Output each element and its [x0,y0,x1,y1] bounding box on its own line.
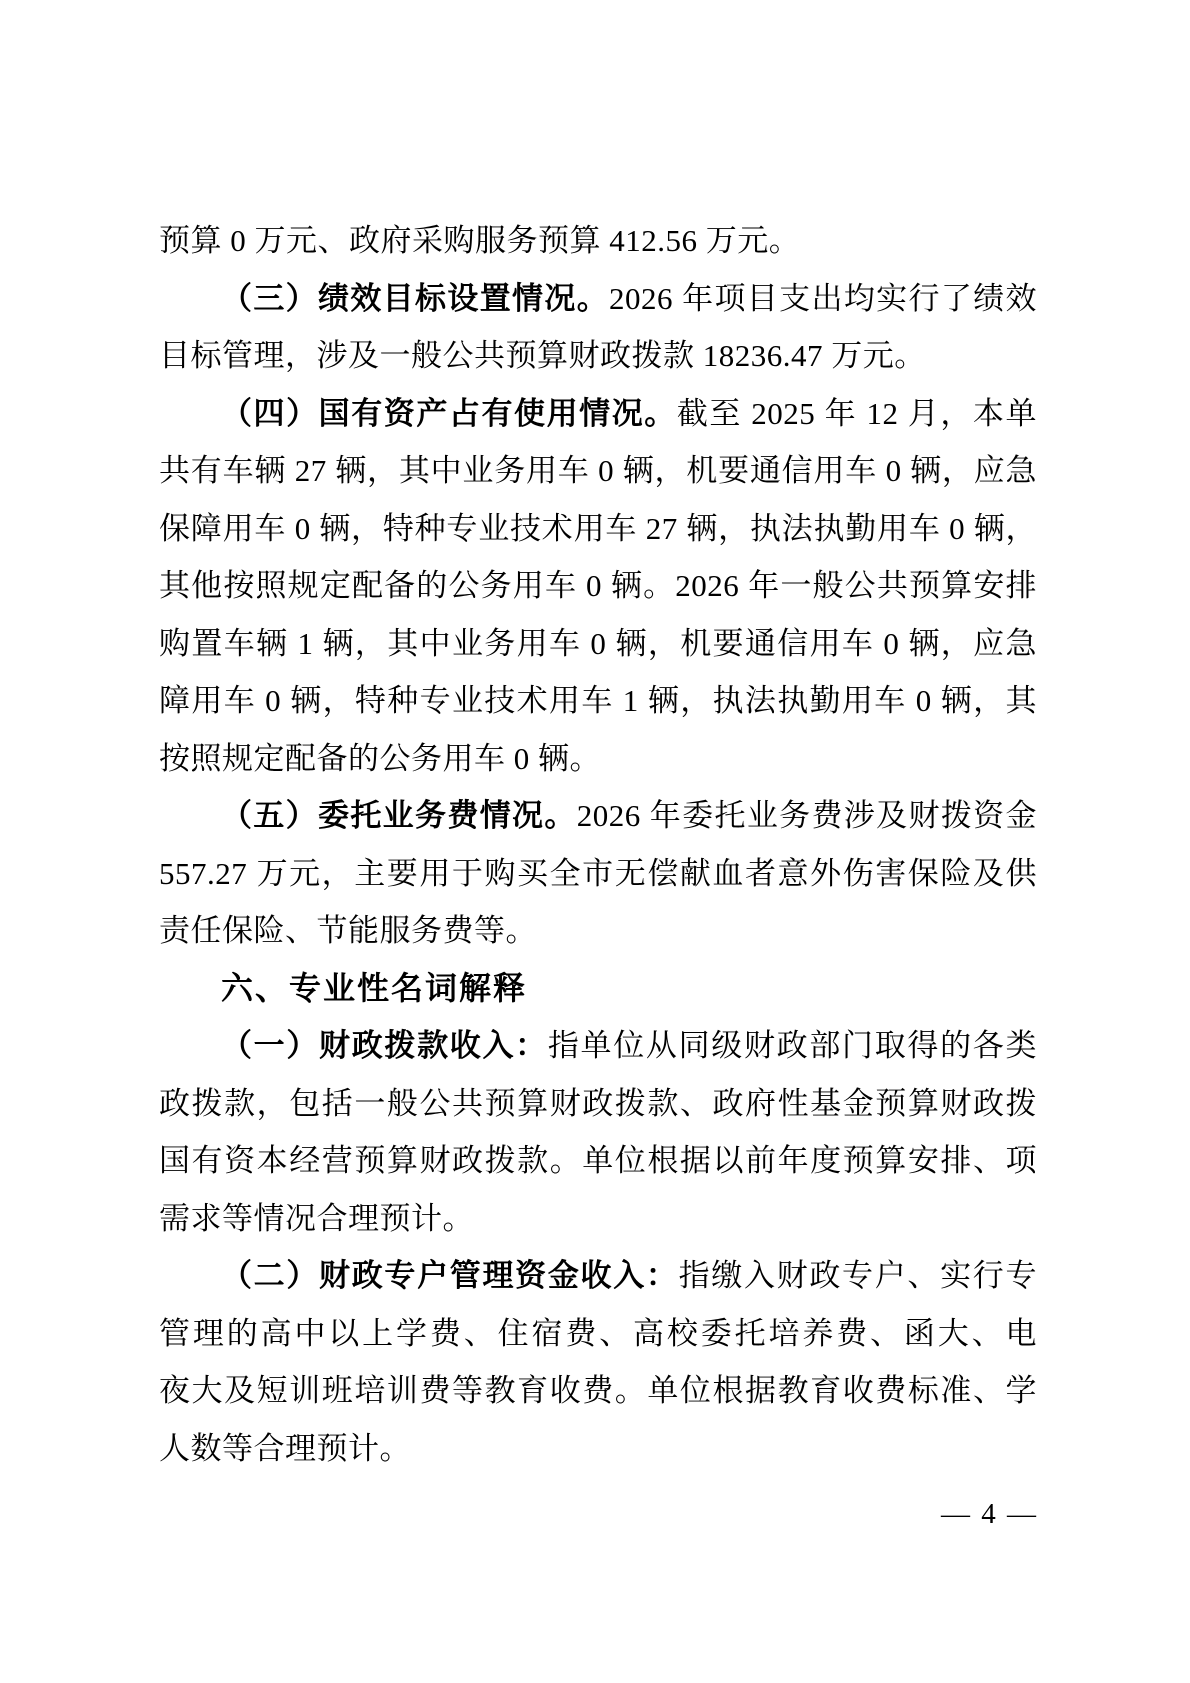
text-line: （五）委托业务费情况。2026 年委托业务费涉及财拨资金 [159,787,1037,845]
document-text-block: 预算 0 万元、政府采购服务预算 412.56 万元。（三）绩效目标设置情况。2… [159,212,1037,1477]
body-text: 其他按照规定配备的公务用车 0 辆。2026 年一般公共预算安排 [159,568,1037,603]
text-line: 目标管理，涉及一般公共预算财政拨款 18236.47 万元。 [159,327,1037,385]
text-line: 557.27 万元，主要用于购买全市无偿献血者意外伤害保险及供血 [159,845,1037,903]
text-line: 夜大及短训班培训费等教育收费。单位根据教育收费标准、学生 [159,1362,1037,1420]
body-text: 按照规定配备的公务用车 0 辆。 [159,741,601,776]
body-text: 共有车辆 27 辆，其中业务用车 0 辆，机要通信用车 0 辆，应急 [159,453,1037,488]
emphasis-text: 六、专业性名词解释 [221,970,527,1006]
text-line: 按照规定配备的公务用车 0 辆。 [159,730,1037,788]
emphasis-text: （二）财政专户管理资金收入： [221,1258,679,1293]
text-line: 国有资本经营预算财政拨款。单位根据以前年度预算安排、项目 [159,1132,1037,1190]
body-text: 夜大及短训班培训费等教育收费。单位根据教育收费标准、学生 [159,1373,1037,1420]
body-text: 人数等合理预计。 [159,1431,411,1466]
body-text: 购置车辆 1 辆，其中业务用车 0 辆，机要通信用车 0 辆，应急保 [159,626,1037,673]
body-text: 需求等情况合理预计。 [159,1201,474,1236]
body-text: 2026 年委托业务费涉及财拨资金 [577,798,1037,833]
text-line: 管理的高中以上学费、住宿费、高校委托培养费、函大、电大、 [159,1305,1037,1363]
body-text: 国有资本经营预算财政拨款。单位根据以前年度预算安排、项目 [159,1143,1037,1190]
body-text: 预算 0 万元、政府采购服务预算 412.56 万元。 [159,223,800,258]
emphasis-text: （五）委托业务费情况。 [221,798,577,833]
text-line: 责任保险、节能服务费等。 [159,902,1037,960]
emphasis-text: （一）财政拨款收入： [221,1028,548,1063]
text-line: （二）财政专户管理资金收入：指缴入财政专户、实行专项 [159,1247,1037,1305]
text-line: 购置车辆 1 辆，其中业务用车 0 辆，机要通信用车 0 辆，应急保 [159,615,1037,673]
text-line: （一）财政拨款收入：指单位从同级财政部门取得的各类财 [159,1017,1037,1075]
text-line: （三）绩效目标设置情况。2026 年项目支出均实行了绩效 [159,270,1037,328]
body-text: 保障用车 0 辆，特种专业技术用车 27 辆，执法执勤用车 0 辆， [159,511,1037,546]
body-text: 557.27 万元，主要用于购买全市无偿献血者意外伤害保险及供血 [159,856,1037,903]
text-line: 需求等情况合理预计。 [159,1190,1037,1248]
text-line: 预算 0 万元、政府采购服务预算 412.56 万元。 [159,212,1037,270]
body-text: 政拨款，包括一般公共预算财政拨款、政府性基金预算财政拨款、 [159,1086,1037,1133]
body-text: 2026 年项目支出均实行了绩效 [609,281,1037,316]
text-line: 其他按照规定配备的公务用车 0 辆。2026 年一般公共预算安排 [159,557,1037,615]
body-text: 责任保险、节能服务费等。 [159,913,537,948]
text-line: 障用车 0 辆，特种专业技术用车 1 辆，执法执勤用车 0 辆，其他 [159,672,1037,730]
body-text: 目标管理，涉及一般公共预算财政拨款 18236.47 万元。 [159,338,926,373]
text-line: 政拨款，包括一般公共预算财政拨款、政府性基金预算财政拨款、 [159,1075,1037,1133]
text-line: 共有车辆 27 辆，其中业务用车 0 辆，机要通信用车 0 辆，应急 [159,442,1037,500]
document-page: 预算 0 万元、政府采购服务预算 412.56 万元。（三）绩效目标设置情况。2… [0,0,1190,1683]
page-number: — 4 — [941,1494,1038,1534]
text-line: 保障用车 0 辆，特种专业技术用车 27 辆，执法执勤用车 0 辆， [159,500,1037,558]
section-heading: 六、专业性名词解释 [159,960,1037,1018]
emphasis-text: （三）绩效目标设置情况。 [221,281,609,316]
body-text: 障用车 0 辆，特种专业技术用车 1 辆，执法执勤用车 0 辆，其他 [159,683,1037,730]
emphasis-text: （四）国有资产占有使用情况。 [221,396,677,431]
body-text: 管理的高中以上学费、住宿费、高校委托培养费、函大、电大、 [159,1316,1037,1363]
text-line: （四）国有资产占有使用情况。截至 2025 年 12 月，本单位 [159,385,1037,443]
text-line: 人数等合理预计。 [159,1420,1037,1478]
